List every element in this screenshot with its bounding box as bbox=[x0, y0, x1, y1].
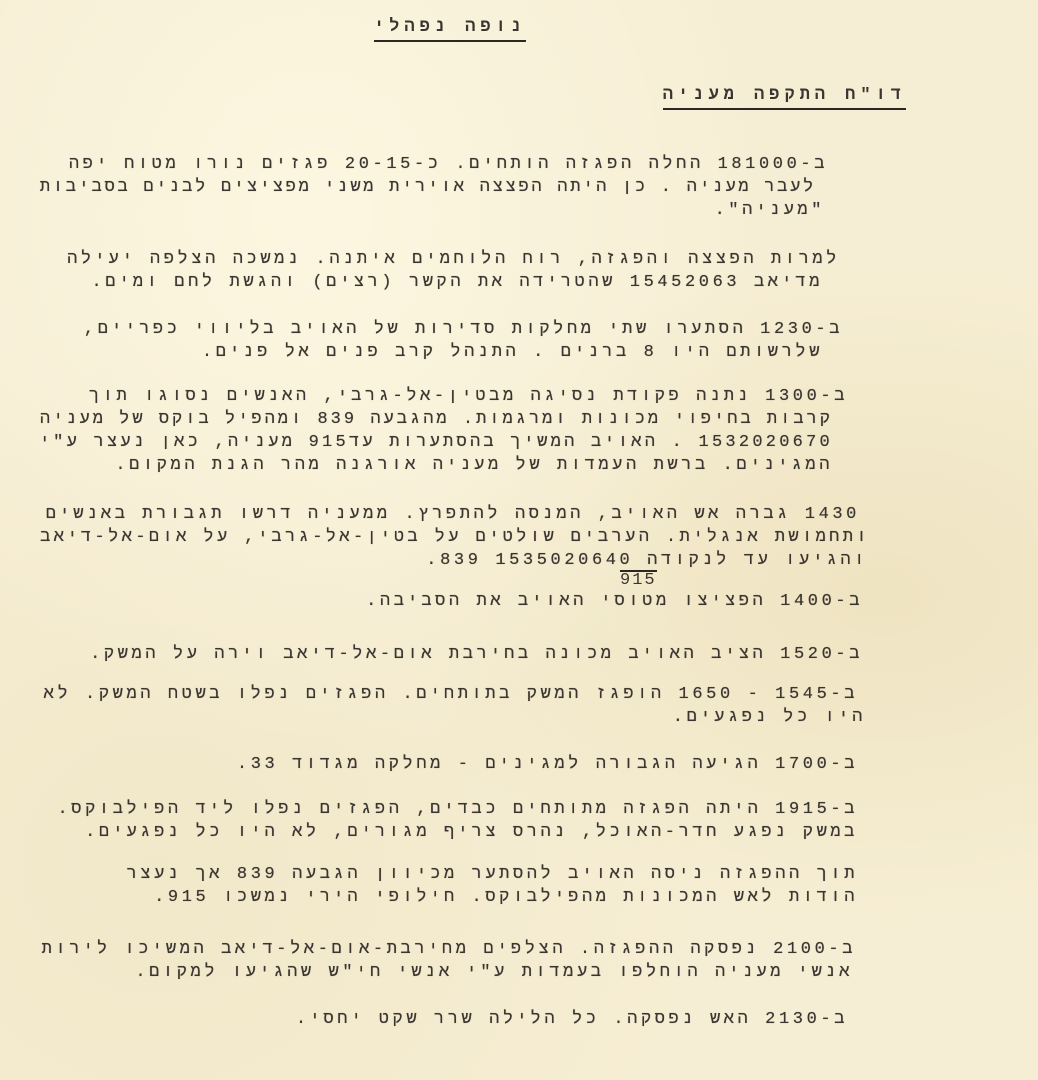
document-header: נופה נפהלי bbox=[374, 18, 526, 42]
paragraph-1-line-3: "מעניה". bbox=[715, 201, 825, 221]
paragraph-9-line-1: ב-1700 הגיעה הגבורה למגינים - מחלקה מגדו… bbox=[237, 755, 858, 775]
paragraph-4-line-3: 1532020670 . האויב המשיך בהסתערות עד915 … bbox=[40, 433, 833, 453]
paragraph-4-line-2: קרבות בחיפוי מכונות ומרגמות. מהגבעה 839 … bbox=[40, 410, 833, 430]
paragraph-3-line-1: ב-1230 הסתערו שתי מחלקות סדירות של האויב… bbox=[84, 320, 843, 340]
paragraph-3-line-2: שלרשותם היו 8 ברנים . התנהל קרב פנים אל … bbox=[202, 343, 823, 363]
paragraph-4-line-4: המגינים. ברשת העמדות של מעניה אורגנה מהר… bbox=[115, 456, 833, 476]
paragraph-8-line-2: היו כל נפגעים. bbox=[673, 708, 866, 728]
paragraph-13-line-1: ב-2130 האש נפסקה. כל הלילה שרר שקט יחסי. bbox=[296, 1010, 848, 1030]
report-title: דו"ח התקפה מעניה bbox=[663, 86, 906, 110]
paragraph-11-line-2: הודות לאש המכונות מהפילבוקס. חילופי הירי… bbox=[154, 888, 858, 908]
paragraph-7-line-1: ב-1520 הציב האויב מכונה בחירבת אום-אל-די… bbox=[90, 645, 863, 665]
paragraph-11-line-1: תוך ההפגזה ניסה האויב להסתער מכיוון הגבע… bbox=[127, 865, 859, 885]
paragraph-12-line-2: אנשי מעניה הוחלפו בעמדות ע"י אנשי חי"ש ש… bbox=[135, 963, 853, 983]
paragraph-5-line-2: ותחמושת אנגלית. הערבים שולטים על בטין-אל… bbox=[40, 528, 870, 548]
paragraph-2-line-2: מדיאב 15452063 שהטרידה את הקשר (רצים) וה… bbox=[92, 273, 824, 293]
paragraph-6-line-1: ב-1400 הפציצו מטוסי האויב את הסביבה. bbox=[366, 592, 863, 612]
paragraph-2-line-1: למרות הפצצה והפגזה, רוח הלוחמים איתנה. נ… bbox=[67, 250, 840, 270]
paragraph-1-line-2: לעבר מעניה . כן היתה הפצצה אוירית משני מ… bbox=[40, 178, 816, 198]
paragraph-12-line-1: ב-2100 נפסקה ההפגזה. הצלפים מחירבת-אום-א… bbox=[42, 940, 856, 960]
map-reference-denominator: 915 bbox=[620, 570, 657, 590]
paragraph-1-line-1: ב-181000 החלה הפגזה הותחים. כ-20-15 פגזי… bbox=[69, 155, 828, 175]
paragraph-10-line-2: במשק נפגע חדר-האוכל, נהרס צריף מגורים, ל… bbox=[85, 823, 858, 843]
paragraph-5-line-3: והגיעו עד לנקודה 1535020640 839. bbox=[426, 551, 868, 571]
paragraph-10-line-1: ב-1915 היתה הפגזה מתותחים כבדים, הפגזים … bbox=[57, 800, 858, 820]
typewritten-page: נופה נפהלי דו"ח התקפה מעניה ב-181000 החל… bbox=[0, 0, 1038, 1080]
paragraph-4-line-1: ב-1300 נתנה פקודת נסיגה מבטין-אל-גרבי, ה… bbox=[89, 387, 848, 407]
paragraph-5-line-1: 1430 גברה אש האויב, המנסה להתפרץ. ממעניה… bbox=[46, 505, 860, 525]
paragraph-8-line-1: ב-1545 - 1650 הופגז המשק בתותחים. הפגזים… bbox=[44, 685, 858, 705]
